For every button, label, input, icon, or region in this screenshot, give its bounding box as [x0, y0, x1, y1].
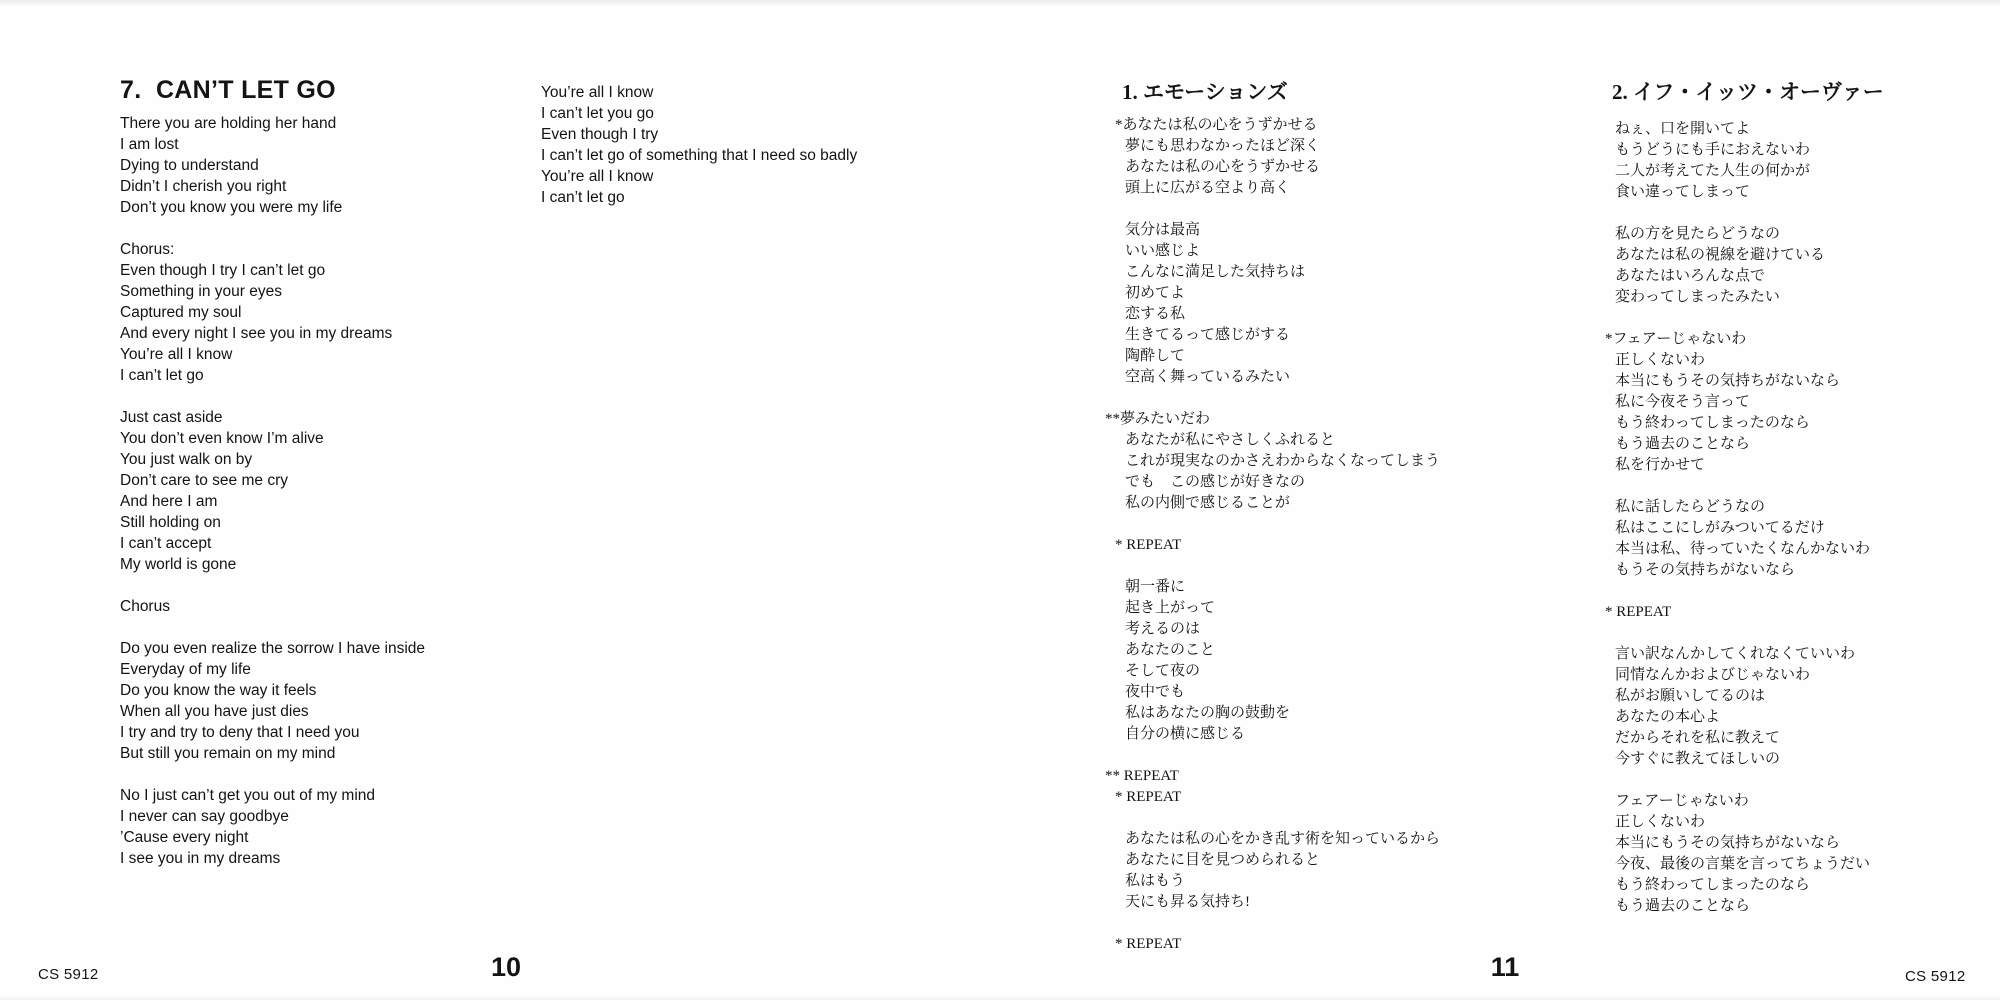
lyric-line: I can’t let go of something that I need …	[541, 145, 961, 166]
lyric-line: And every night I see you in my dreams	[120, 323, 560, 344]
lyric-line: 私を行かせて	[1615, 455, 1995, 476]
lyrics-column-japanese-emotions: *あなたは私の心をうずかせる夢にも思わなかったほど深くあなたは私の心をうずかせる…	[1125, 115, 1525, 955]
lyric-line: あなたはいろんな点で	[1615, 266, 1995, 287]
stanza: **夢みたいだわあなたが私にやさしくふれるとこれが現実なのかさえわからなくなって…	[1125, 409, 1525, 514]
lyric-line: フェアーじゃないわ	[1615, 791, 1995, 812]
lyric-line: 空高く舞っているみたい	[1125, 367, 1525, 388]
lyric-line: Chorus	[120, 596, 560, 617]
lyric-line: 本当は私、待っていたくなんかないわ	[1615, 539, 1995, 560]
lyric-line: こんなに満足した気持ちは	[1125, 262, 1525, 283]
lyric-line: Dying to understand	[120, 155, 560, 176]
lyric-line: 私の方を見たらどうなの	[1615, 224, 1995, 245]
lyric-line: 同情なんかおよびじゃないわ	[1615, 665, 1995, 686]
lyric-line: Something in your eyes	[120, 281, 560, 302]
lyric-line: 気分は最高	[1125, 220, 1525, 241]
song-title-emotions: 1. エモーションズ	[1122, 76, 1288, 106]
lyric-line: これが現実なのかさえわからなくなってしまう	[1125, 451, 1525, 472]
lyric-line: 陶酔して	[1125, 346, 1525, 367]
stanza: You’re all I knowI can’t let you goEven …	[541, 82, 961, 208]
stanza: No I just can’t get you out of my mindI …	[120, 785, 560, 869]
lyric-line: 私の内側で感じることが	[1125, 493, 1525, 514]
stanza: あなたは私の心をかき乱す術を知っているからあなたに目を見つめられると私はもう天に…	[1125, 829, 1525, 913]
lyric-line: 本当にもうその気持ちがないなら	[1615, 371, 1995, 392]
lyric-line: 正しくないわ	[1615, 812, 1995, 833]
lyric-line: Just cast aside	[120, 407, 560, 428]
lyric-line: ’Cause every night	[120, 827, 560, 848]
lyric-line: Even though I try	[541, 124, 961, 145]
lyric-line: You’re all I know	[541, 166, 961, 187]
lyric-line: 私はここにしがみついてるだけ	[1615, 518, 1995, 539]
lyric-line: And here I am	[120, 491, 560, 512]
lyric-line: だからそれを私に教えて	[1615, 728, 1995, 749]
stanza: 言い訳なんかしてくれなくていいわ同情なんかおよびじゃないわ私がお願いしてるのはあ…	[1615, 644, 1995, 770]
stanza: *あなたは私の心をうずかせる夢にも思わなかったほど深くあなたは私の心をうずかせる…	[1125, 115, 1525, 199]
lyric-line: 言い訳なんかしてくれなくていいわ	[1615, 644, 1995, 665]
booklet-spread: { "page_left": { "number": "10", "catalo…	[0, 0, 2000, 1000]
lyric-line: 今すぐに教えてほしいの	[1615, 749, 1995, 770]
page-number-right: 11	[1475, 952, 1535, 983]
lyric-line: 起き上がって	[1125, 598, 1525, 619]
lyric-line: *あなたは私の心をうずかせる	[1125, 115, 1525, 136]
lyric-line: Still holding on	[120, 512, 560, 533]
lyric-line: 私がお願いしてるのは	[1615, 686, 1995, 707]
stanza: Do you even realize the sorrow I have in…	[120, 638, 560, 764]
lyric-line: You’re all I know	[120, 344, 560, 365]
lyric-line: 恋する私	[1125, 304, 1525, 325]
lyric-line: 朝一番に	[1125, 577, 1525, 598]
lyric-line: * REPEAT	[1125, 934, 1525, 955]
lyric-line: I never can say goodbye	[120, 806, 560, 827]
lyric-line: Didn’t I cherish you right	[120, 176, 560, 197]
lyric-line: 考えるのは	[1125, 619, 1525, 640]
lyric-line: あなたの本心よ	[1615, 707, 1995, 728]
lyric-line: 私に話したらどうなの	[1615, 497, 1995, 518]
lyric-line: もう終わってしまったのなら	[1615, 875, 1995, 896]
lyric-line: 正しくないわ	[1615, 350, 1995, 371]
song-title-cant-let-go: 7. CAN’T LET GO	[120, 76, 336, 105]
stanza: Chorus:Even though I try I can’t let goS…	[120, 239, 560, 386]
lyric-line: でも この感じが好きなの	[1125, 472, 1525, 493]
stanza: 私に話したらどうなの私はここにしがみついてるだけ本当は私、待っていたくなんかない…	[1615, 497, 1995, 581]
lyric-line: When all you have just dies	[120, 701, 560, 722]
lyrics-column-japanese-if-its-over: ねぇ、口を開いてよもうどうにも手におえないわ二人が考えてた人生の何かが食い違って…	[1615, 119, 1995, 917]
lyric-line: No I just can’t get you out of my mind	[120, 785, 560, 806]
stanza: 私の方を見たらどうなのあなたは私の視線を避けているあなたはいろんな点で変わってし…	[1615, 224, 1995, 308]
lyric-line: You just walk on by	[120, 449, 560, 470]
stanza: * REPEAT	[1125, 535, 1525, 556]
lyric-line: 食い違ってしまって	[1615, 182, 1995, 203]
lyric-line: 天にも昇る気持ち!	[1125, 892, 1525, 913]
lyric-line: Don’t you know you were my life	[120, 197, 560, 218]
lyric-line: もうどうにも手におえないわ	[1615, 140, 1995, 161]
lyric-line: * REPEAT	[1125, 787, 1525, 808]
stanza: * REPEAT	[1125, 934, 1525, 955]
lyric-line: 本当にもうその気持ちがないなら	[1615, 833, 1995, 854]
stanza: * REPEAT	[1615, 602, 1995, 623]
stanza: 朝一番に起き上がって考えるのはあなたのことそして夜の夜中でも私はあなたの胸の鼓動…	[1125, 577, 1525, 745]
lyric-line: But still you remain on my mind	[120, 743, 560, 764]
stanza: 気分は最高いい感じよこんなに満足した気持ちは初めてよ恋する私生きてるって感じがす…	[1125, 220, 1525, 388]
lyric-line: 自分の横に感じる	[1125, 724, 1525, 745]
lyric-line: 私はあなたの胸の鼓動を	[1125, 703, 1525, 724]
lyric-line: 夢にも思わなかったほど深く	[1125, 136, 1525, 157]
stanza: ** REPEAT* REPEAT	[1125, 766, 1525, 808]
stanza: Just cast asideYou don’t even know I’m a…	[120, 407, 560, 575]
lyric-line: そして夜の	[1125, 661, 1525, 682]
lyric-line: My world is gone	[120, 554, 560, 575]
lyric-line: 私はもう	[1125, 871, 1525, 892]
lyric-line: あなたが私にやさしくふれると	[1125, 430, 1525, 451]
lyric-line: あなたは私の視線を避けている	[1615, 245, 1995, 266]
lyric-line: 二人が考えてた人生の何かが	[1615, 161, 1995, 182]
lyric-line: もう終わってしまったのなら	[1615, 413, 1995, 434]
lyric-line: もう過去のことなら	[1615, 434, 1995, 455]
lyric-line: 今夜、最後の言葉を言ってちょうだい	[1615, 854, 1995, 875]
page-number-left: 10	[476, 952, 536, 983]
lyric-line: You don’t even know I’m alive	[120, 428, 560, 449]
lyric-line: 生きてるって感じがする	[1125, 325, 1525, 346]
lyric-line: Don’t care to see me cry	[120, 470, 560, 491]
lyric-line: ** REPEAT	[1125, 766, 1525, 787]
stanza: フェアーじゃないわ正しくないわ本当にもうその気持ちがないなら今夜、最後の言葉を言…	[1615, 791, 1995, 917]
lyric-line: 夜中でも	[1125, 682, 1525, 703]
lyric-line: I can’t let go	[541, 187, 961, 208]
lyric-line: I can’t let you go	[541, 103, 961, 124]
lyric-line: Even though I try I can’t let go	[120, 260, 560, 281]
catalog-number-left: CS 5912	[38, 966, 98, 983]
lyric-line: あなたは私の心をうずかせる	[1125, 157, 1525, 178]
catalog-number-right: CS 5912	[1905, 968, 1965, 985]
lyric-line: Chorus:	[120, 239, 560, 260]
lyric-line: 初めてよ	[1125, 283, 1525, 304]
lyric-line: いい感じよ	[1125, 241, 1525, 262]
stanza: *フェアーじゃないわ正しくないわ本当にもうその気持ちがないなら私に今夜そう言って…	[1615, 329, 1995, 476]
lyric-line: 私に今夜そう言って	[1615, 392, 1995, 413]
lyric-line: I am lost	[120, 134, 560, 155]
lyric-line: Do you even realize the sorrow I have in…	[120, 638, 560, 659]
lyric-line: あなたに目を見つめられると	[1125, 850, 1525, 871]
song-title-if-its-over: 2. イフ・イッツ・オーヴァー	[1612, 76, 1884, 106]
lyric-line: * REPEAT	[1615, 602, 1995, 623]
lyric-line: あなたのこと	[1125, 640, 1525, 661]
lyrics-column-english-1: There you are holding her handI am lostD…	[120, 113, 560, 869]
lyric-line: I see you in my dreams	[120, 848, 560, 869]
lyric-line: Captured my soul	[120, 302, 560, 323]
lyrics-column-english-2: You’re all I knowI can’t let you goEven …	[541, 82, 961, 208]
lyric-line: **夢みたいだわ	[1125, 409, 1525, 430]
stanza: Chorus	[120, 596, 560, 617]
lyric-line: Do you know the way it feels	[120, 680, 560, 701]
lyric-line: I try and try to deny that I need you	[120, 722, 560, 743]
lyric-line: もう過去のことなら	[1615, 896, 1995, 917]
lyric-line: もうその気持ちがないなら	[1615, 560, 1995, 581]
lyric-line: ねぇ、口を開いてよ	[1615, 119, 1995, 140]
lyric-line: *フェアーじゃないわ	[1615, 329, 1995, 350]
lyric-line: あなたは私の心をかき乱す術を知っているから	[1125, 829, 1525, 850]
lyric-line: I can’t let go	[120, 365, 560, 386]
stanza: ねぇ、口を開いてよもうどうにも手におえないわ二人が考えてた人生の何かが食い違って…	[1615, 119, 1995, 203]
stanza: There you are holding her handI am lostD…	[120, 113, 560, 218]
lyric-line: 頭上に広がる空より高く	[1125, 178, 1525, 199]
lyric-line: Everyday of my life	[120, 659, 560, 680]
lyric-line: I can’t accept	[120, 533, 560, 554]
lyric-line: There you are holding her hand	[120, 113, 560, 134]
lyric-line: You’re all I know	[541, 82, 961, 103]
lyric-line: 変わってしまったみたい	[1615, 287, 1995, 308]
lyric-line: * REPEAT	[1125, 535, 1525, 556]
